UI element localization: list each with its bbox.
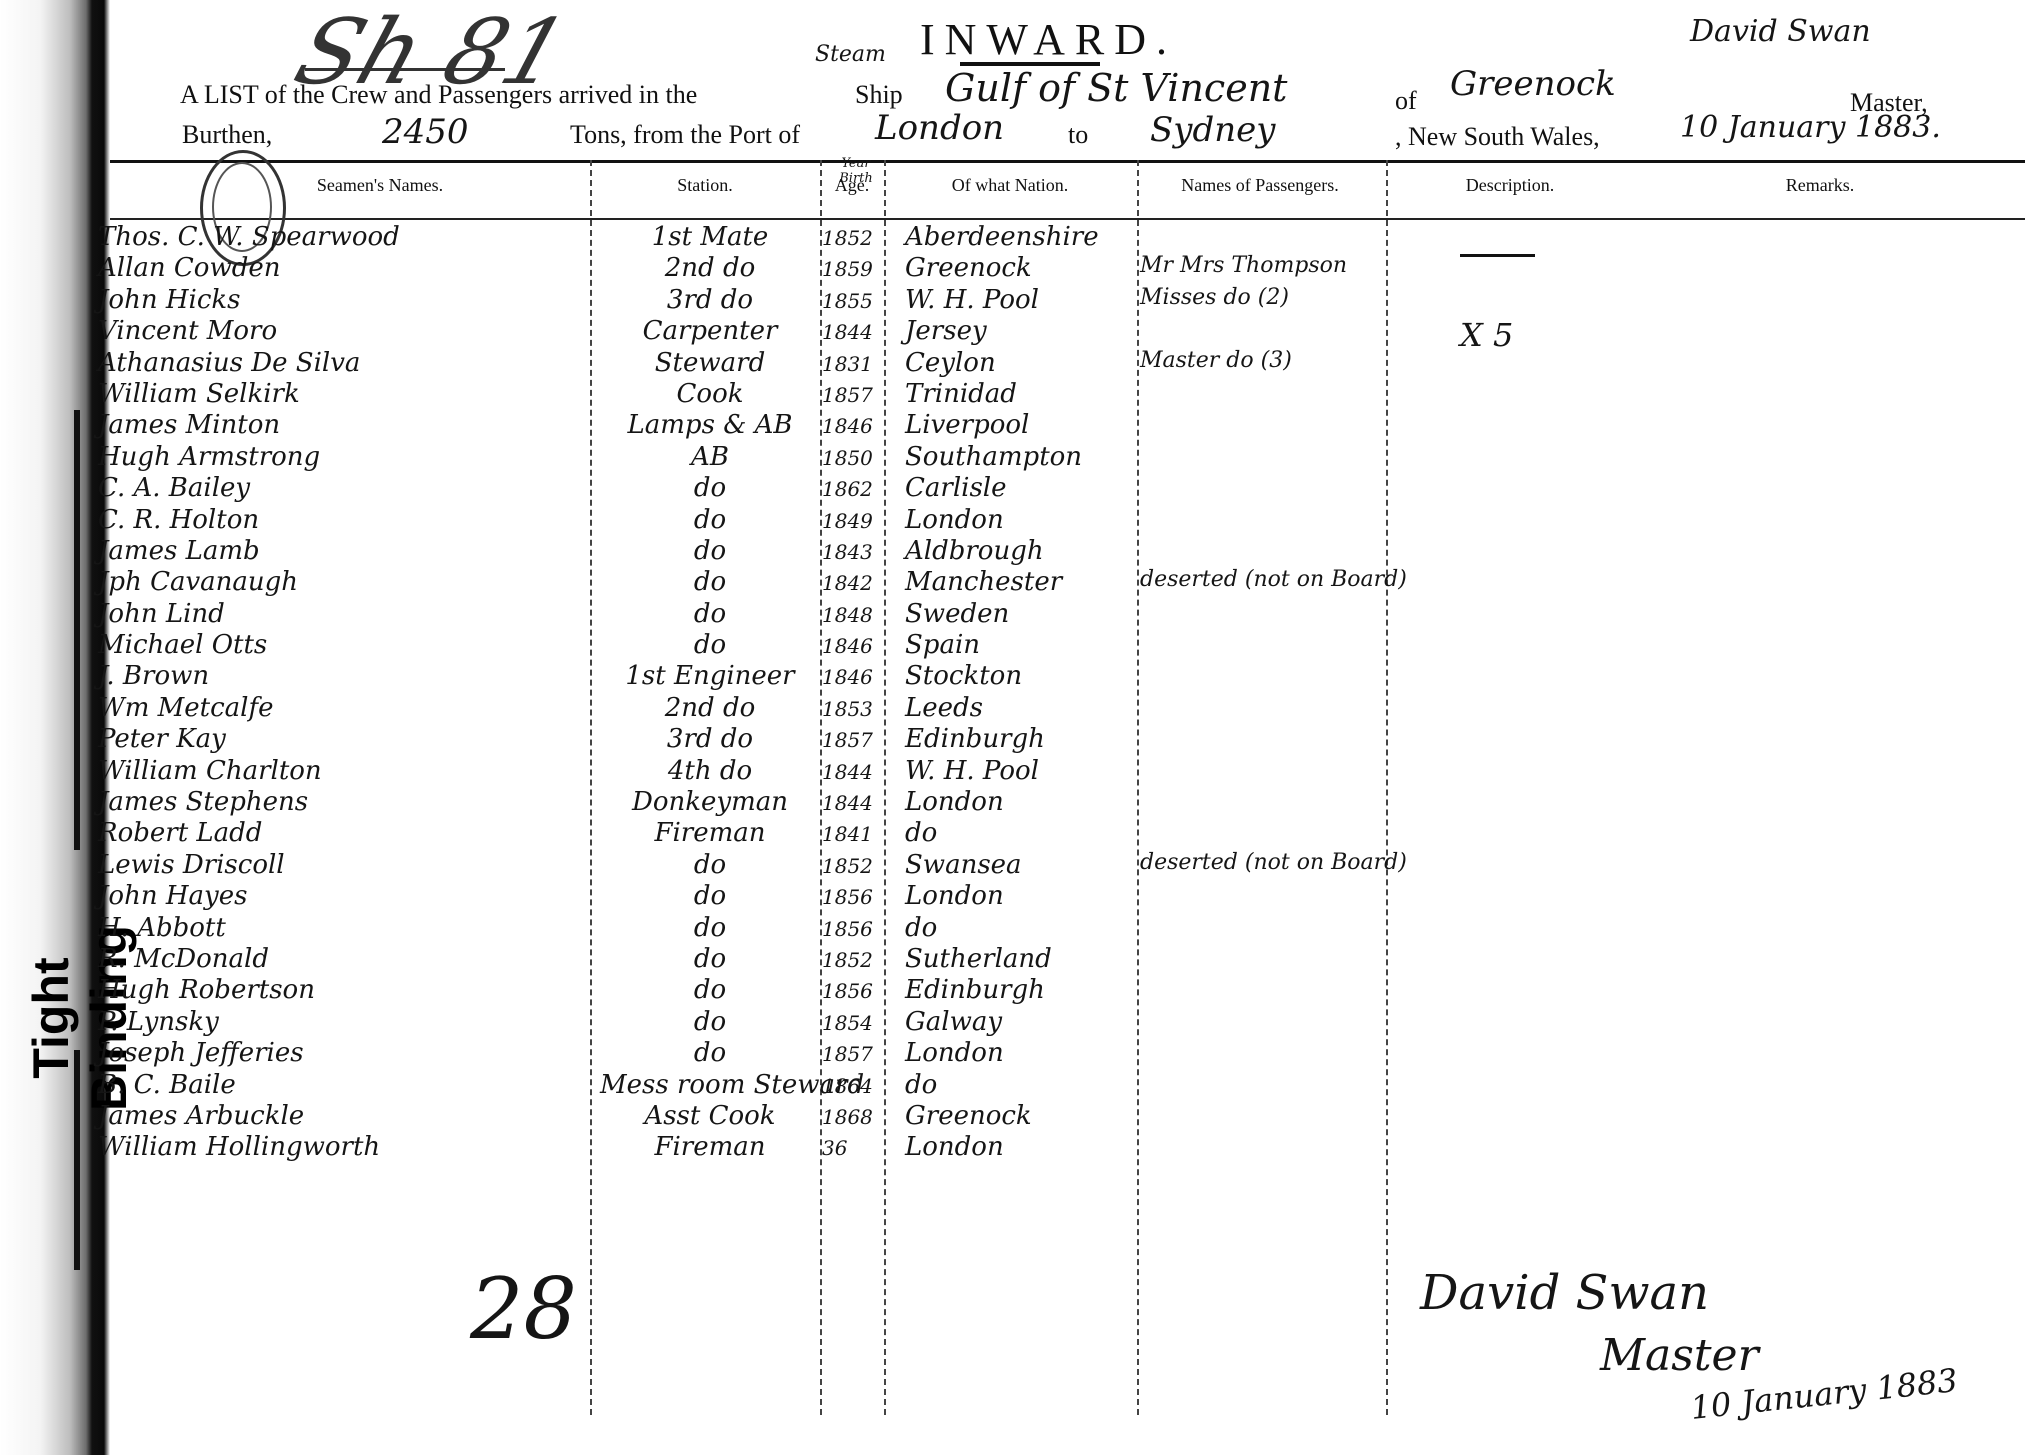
seaman-name: B. C. Baile (98, 1070, 236, 1100)
seaman-nation: Trinidad (905, 379, 1017, 409)
table-row: James MintonLamps & AB1846Liverpool (0, 410, 2025, 441)
seaman-nation: London (905, 1132, 1004, 1162)
seaman-nation: Manchester (905, 567, 1062, 597)
header-rule (110, 160, 2025, 163)
column-header-rule (110, 218, 2025, 220)
table-row: Jph Cavanaughdo1842Manchesterdeserted (n… (0, 567, 2025, 598)
seaman-birth-year: 1846 (822, 665, 873, 689)
seaman-birth-year: 1854 (822, 1011, 873, 1035)
table-row: J. Brown1st Engineer1846Stockton (0, 661, 2025, 692)
seaman-nation: Aberdeenshire (905, 222, 1099, 252)
seaman-nation: Edinburgh (905, 975, 1045, 1005)
table-row: William SelkirkCook1857Trinidad (0, 379, 2025, 410)
seaman-name: William Charlton (98, 756, 322, 786)
seaman-birth-year: 1857 (822, 383, 873, 407)
passenger-entry: Master do (3) (1140, 348, 1292, 373)
seaman-nation: W. H. Pool (905, 756, 1039, 786)
seaman-station: do (600, 505, 820, 535)
seaman-name: Joseph Jefferies (98, 1038, 304, 1068)
seaman-station: do (600, 567, 820, 597)
seaman-station: do (600, 975, 820, 1005)
seaman-name: Lewis Driscoll (98, 850, 285, 880)
col-nation: Of what Nation. (890, 175, 1130, 196)
seaman-birth-year: 1844 (822, 791, 873, 815)
seaman-birth-year: 1842 (822, 571, 873, 595)
seaman-birth-year: 1864 (822, 1074, 873, 1098)
seaman-nation: Greenock (905, 253, 1032, 283)
seaman-name: Robert Ladd (98, 818, 262, 848)
seaman-birth-year: 1850 (822, 446, 873, 470)
seaman-nation: London (905, 505, 1004, 535)
seaman-station: 4th do (600, 756, 820, 786)
table-row: James ArbuckleAsst Cook1868Greenock (0, 1101, 2025, 1132)
seaman-birth-year: 1831 (822, 352, 873, 376)
seaman-nation: Sweden (905, 599, 1009, 629)
seaman-name: Hugh Armstrong (98, 442, 320, 472)
seaman-nation: Greenock (905, 1101, 1032, 1131)
tons-label: Tons, from the Port of (570, 120, 800, 150)
table-row: John Linddo1848Sweden (0, 599, 2025, 630)
seaman-nation: Stockton (905, 661, 1022, 691)
seaman-station: Asst Cook (600, 1101, 820, 1131)
seaman-nation: Jersey (905, 316, 987, 346)
seaman-birth-year: 1844 (822, 320, 873, 344)
seaman-nation: do (905, 818, 937, 848)
seaman-nation: Southampton (905, 442, 1082, 472)
seaman-station: do (600, 881, 820, 911)
seaman-name: P. Lynsky (98, 1007, 219, 1037)
seaman-nation: Sutherland (905, 944, 1052, 974)
seaman-birth-year: 1852 (822, 948, 873, 972)
nsw-label: , New South Wales, (1395, 122, 1600, 152)
table-row: Michael Ottsdo1846Spain (0, 630, 2025, 661)
seaman-birth-year: 1846 (822, 634, 873, 658)
table-row: John Hayesdo1856London (0, 881, 2025, 912)
seaman-birth-year: 1843 (822, 540, 873, 564)
seaman-nation: Leeds (905, 693, 983, 723)
seaman-nation: Ceylon (905, 348, 996, 378)
ship-name: Gulf of St Vincent (945, 66, 1287, 110)
table-row: R. McDonalddo1852Sutherland (0, 944, 2025, 975)
seaman-birth-year: 1857 (822, 728, 873, 752)
seaman-name: William Selkirk (98, 379, 300, 409)
seaman-birth-year: 1856 (822, 917, 873, 941)
burthen-value: 2450 (382, 112, 469, 152)
seaman-name: William Hollingworth (98, 1132, 380, 1162)
table-row: James StephensDonkeyman1844London (0, 787, 2025, 818)
passenger-entry: Mr Mrs Thompson (1140, 253, 1347, 278)
seaman-birth-year: 1855 (822, 289, 873, 313)
table-row: Hugh Robertsondo1856Edinburgh (0, 975, 2025, 1006)
seaman-nation: London (905, 1038, 1004, 1068)
seaman-birth-year: 1848 (822, 603, 873, 627)
col-age-hand-note: Year Birth (826, 156, 886, 186)
of-label: of (1395, 86, 1417, 116)
col-station: Station. (600, 175, 810, 196)
seaman-station: Donkeyman (600, 787, 820, 817)
seaman-station: do (600, 473, 820, 503)
crew-tally: 28 (470, 1260, 577, 1358)
seaman-birth-year: 36 (822, 1136, 847, 1160)
seaman-nation: Liverpool (905, 410, 1029, 440)
seaman-station: Carpenter (600, 316, 820, 346)
seaman-name: James Lamb (98, 536, 260, 566)
seaman-name: Jph Cavanaugh (98, 567, 298, 597)
passenger-entry: deserted (not on Board) (1140, 567, 1407, 592)
table-row: Allan Cowden2nd do1859GreenockMr Mrs Tho… (0, 253, 2025, 284)
description-dash (1460, 254, 1535, 257)
table-row: Athanasius De SilvaSteward1831CeylonMast… (0, 348, 2025, 379)
burthen-label: Burthen, (182, 120, 272, 150)
table-row: P. Lynskydo1854Galway (0, 1007, 2025, 1038)
top-signature: David Swan (1690, 14, 1871, 49)
seaman-name: R. McDonald (98, 944, 269, 974)
seaman-birth-year: 1856 (822, 885, 873, 909)
seaman-birth-year: 1862 (822, 477, 873, 501)
vessel-type-print: Ship (855, 80, 903, 110)
seaman-name: C. A. Bailey (98, 473, 250, 503)
table-row: Vincent MoroCarpenter1844JerseyX 5 (0, 316, 2025, 347)
passenger-entry: deserted (not on Board) (1140, 850, 1407, 875)
seaman-nation: do (905, 1070, 937, 1100)
seaman-station: Mess room Steward (600, 1070, 820, 1100)
header-line1-text: A LIST of the Crew and Passengers arrive… (180, 80, 697, 110)
crew-list: Thos. C. W. Spearwood1st Mate1852Aberdee… (0, 222, 2025, 1164)
table-row: William Charlton4th do1844W. H. Pool (0, 756, 2025, 787)
table-row: Thos. C. W. Spearwood1st Mate1852Aberdee… (0, 222, 2025, 253)
seaman-station: do (600, 913, 820, 943)
passenger-entry: Misses do (2) (1140, 285, 1289, 310)
list-date: 10 January 1883. (1680, 110, 1941, 145)
seaman-station: do (600, 944, 820, 974)
table-row: William HollingworthFireman36London (0, 1132, 2025, 1163)
seaman-name: James Arbuckle (98, 1101, 304, 1131)
table-row: B. C. BaileMess room Steward1864do (0, 1070, 2025, 1101)
seaman-station: AB (600, 442, 820, 472)
seaman-station: do (600, 850, 820, 880)
table-row: Peter Kay3rd do1857Edinburgh (0, 724, 2025, 755)
seaman-station: 1st Engineer (600, 661, 820, 691)
seaman-name: John Hayes (98, 881, 247, 911)
seaman-birth-year: 1859 (822, 257, 873, 281)
seaman-station: Cook (600, 379, 820, 409)
seaman-name: H. Abbott (98, 913, 226, 943)
vessel-type-hand: Steam (815, 42, 886, 67)
table-row: C. A. Baileydo1862Carlisle (0, 473, 2025, 504)
document-title: INWARD. (920, 14, 1177, 65)
seaman-name: Wm Metcalfe (98, 693, 274, 723)
seaman-birth-year: 1853 (822, 697, 873, 721)
to-port: Sydney (1150, 110, 1276, 150)
from-port: London (875, 108, 1004, 148)
seaman-name: Athanasius De Silva (98, 348, 360, 378)
seaman-station: Fireman (600, 818, 820, 848)
seaman-nation: Spain (905, 630, 980, 660)
seaman-station: do (600, 630, 820, 660)
seaman-birth-year: 1849 (822, 509, 873, 533)
seaman-station: 2nd do (600, 693, 820, 723)
seaman-station: Lamps & AB (600, 410, 820, 440)
seaman-name: Michael Otts (98, 630, 267, 660)
seaman-station: 1st Mate (600, 222, 820, 252)
seaman-birth-year: 1852 (822, 854, 873, 878)
seaman-name: Vincent Moro (98, 316, 277, 346)
master-signature: David Swan (1420, 1265, 1709, 1321)
seaman-nation: Galway (905, 1007, 1002, 1037)
table-row: James Lambdo1843Aldbrough (0, 536, 2025, 567)
seaman-station: 2nd do (600, 253, 820, 283)
seaman-birth-year: 1856 (822, 979, 873, 1003)
seaman-station: Steward (600, 348, 820, 378)
col-remarks: Remarks. (1700, 175, 1940, 196)
seaman-name: Peter Kay (98, 724, 226, 754)
seaman-nation: Edinburgh (905, 724, 1045, 754)
seaman-birth-year: 1852 (822, 226, 873, 250)
seaman-name: John Hicks (98, 285, 240, 315)
seaman-station: do (600, 1007, 820, 1037)
seaman-station: do (600, 536, 820, 566)
seaman-nation: Aldbrough (905, 536, 1044, 566)
seaman-name: James Stephens (98, 787, 308, 817)
seaman-nation: London (905, 881, 1004, 911)
seaman-name: C. R. Holton (98, 505, 259, 535)
seaman-nation: W. H. Pool (905, 285, 1039, 315)
table-row: John Hicks3rd do1855W. H. PoolMisses do … (0, 285, 2025, 316)
seaman-station: Fireman (600, 1132, 820, 1162)
seaman-birth-year: 1857 (822, 1042, 873, 1066)
seaman-name: Allan Cowden (98, 253, 281, 283)
table-row: C. R. Holtondo1849London (0, 505, 2025, 536)
seaman-birth-year: 1844 (822, 760, 873, 784)
seaman-nation: London (905, 787, 1004, 817)
home-port: Greenock (1450, 64, 1616, 104)
table-row: Wm Metcalfe2nd do1853Leeds (0, 693, 2025, 724)
folio-underline (305, 68, 505, 71)
seaman-name: James Minton (98, 410, 280, 440)
table-row: Lewis Driscolldo1852Swanseadeserted (not… (0, 850, 2025, 881)
table-row: Hugh ArmstrongAB1850Southampton (0, 442, 2025, 473)
master-role: Master (1600, 1330, 1759, 1381)
to-label: to (1068, 120, 1088, 150)
seaman-station: 3rd do (600, 724, 820, 754)
seaman-nation: Swansea (905, 850, 1022, 880)
seaman-nation: Carlisle (905, 473, 1007, 503)
seaman-name: J. Brown (98, 661, 209, 691)
seaman-station: 3rd do (600, 285, 820, 315)
seaman-birth-year: 1841 (822, 822, 873, 846)
table-row: Joseph Jefferiesdo1857London (0, 1038, 2025, 1069)
seaman-birth-year: 1846 (822, 414, 873, 438)
seaman-station: do (600, 599, 820, 629)
table-row: Robert LaddFireman1841do (0, 818, 2025, 849)
seaman-station: do (600, 1038, 820, 1068)
seaman-name: Thos. C. W. Spearwood (98, 222, 400, 252)
seaman-nation: do (905, 913, 937, 943)
seaman-name: Hugh Robertson (98, 975, 315, 1005)
table-row: H. Abbottdo1856do (0, 913, 2025, 944)
col-passengers: Names of Passengers. (1140, 175, 1380, 196)
seaman-name: John Lind (98, 599, 225, 629)
col-description: Description. (1400, 175, 1620, 196)
seaman-birth-year: 1868 (822, 1105, 873, 1129)
